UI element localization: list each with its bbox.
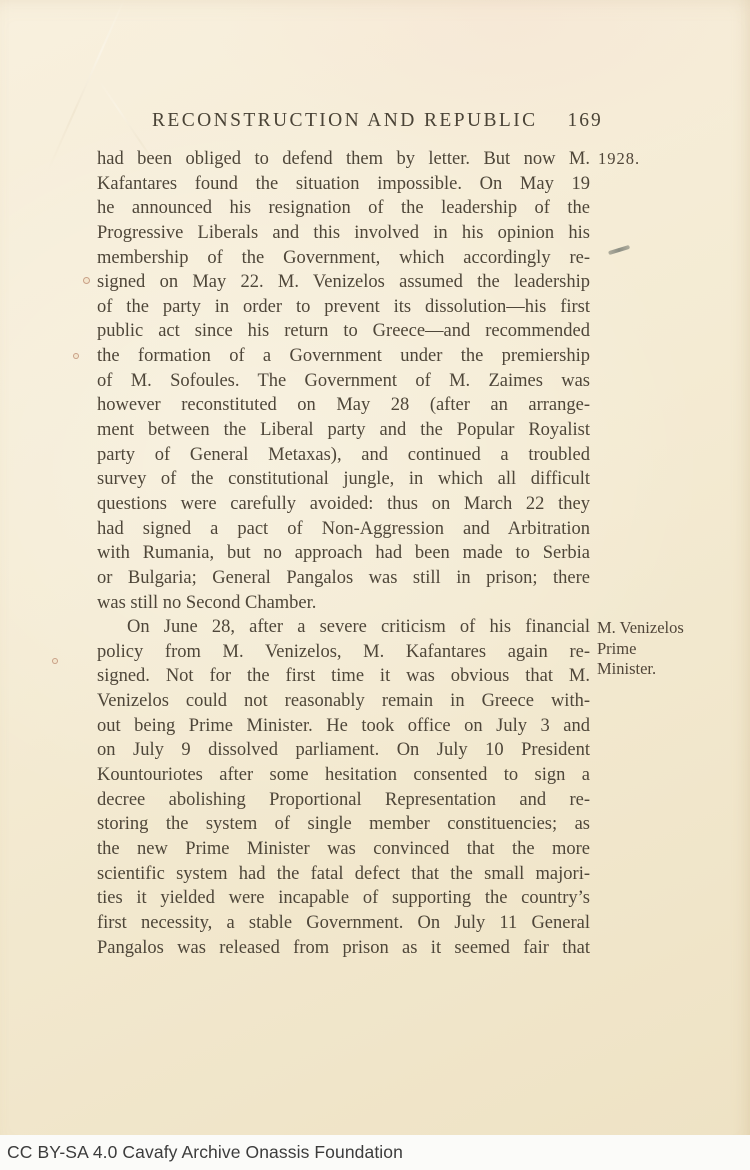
running-header: RECONSTRUCTION AND REPUBLIC 169 — [152, 110, 603, 132]
text-line: on July 9 dissolved parliament. On July … — [97, 738, 590, 763]
text-line: ment between the Liberal party and the P… — [97, 418, 590, 443]
pencil-mark — [608, 245, 630, 255]
license-text: CC BY-SA 4.0 Cavafy Archive Onassis Foun… — [7, 1142, 403, 1163]
page-number: 169 — [568, 110, 603, 132]
text-line: policy from M. Venizelos, M. Kafantares … — [97, 640, 590, 665]
text-line: Pangalos was released from prison as it … — [97, 936, 590, 961]
text-line: however reconstituted on May 28 (after a… — [97, 393, 590, 418]
text-line: of the party in order to prevent its dis… — [97, 295, 590, 320]
margin-note-line: Prime — [597, 639, 745, 660]
text-line: Venizelos could not reasonably remain in… — [97, 689, 590, 714]
text-line: out being Prime Minister. He took office… — [97, 714, 590, 739]
text-line: survey of the constitutional jungle, in … — [97, 467, 590, 492]
paragraph: On June 28, after a severe criticism of … — [97, 615, 590, 960]
text-line: had signed a pact of Non-Aggression and … — [97, 517, 590, 542]
text-line: party of General Metaxas), and continued… — [97, 443, 590, 468]
text-line: of M. Sofoules. The Government of M. Zai… — [97, 369, 590, 394]
text-line: public act since his return to Greece—an… — [97, 319, 590, 344]
text-line: membership of the Government, which acco… — [97, 246, 590, 271]
text-line: he announced his resignation of the lead… — [97, 196, 590, 221]
body-text: had been obliged to defend them by lette… — [97, 147, 590, 960]
margin-note-year: 1928. — [598, 149, 640, 169]
running-title: RECONSTRUCTION AND REPUBLIC — [152, 110, 538, 132]
paragraph: had been obliged to defend them by lette… — [97, 147, 590, 615]
text-line: was still no Second Chamber. — [97, 591, 590, 616]
text-line: first necessity, a stable Government. On… — [97, 911, 590, 936]
text-line: Kountouriotes after some hesitation cons… — [97, 763, 590, 788]
text-line: with Rumania, but no approach had been m… — [97, 541, 590, 566]
text-line: or Bulgaria; General Pangalos was still … — [97, 566, 590, 591]
margin-note-line: M. Venizelos — [597, 618, 745, 639]
margin-note-side: M. Venizelos Prime Minister. — [597, 618, 745, 680]
text-line: scientific system had the fatal defect t… — [97, 862, 590, 887]
margin-note-line: Minister. — [597, 659, 745, 680]
text-line: ties it yielded were incapable of suppor… — [97, 886, 590, 911]
text-line: decree abolishing Proportional Represent… — [97, 788, 590, 813]
text-line: On June 28, after a severe criticism of … — [97, 615, 590, 640]
book-page-scan: RECONSTRUCTION AND REPUBLIC 169 1928. ha… — [0, 0, 750, 1170]
text-line: signed on May 22. M. Venizelos assumed t… — [97, 270, 590, 295]
paper-crease — [47, 0, 126, 170]
paper-speck — [52, 658, 58, 664]
text-line: questions were carefully avoided: thus o… — [97, 492, 590, 517]
text-line: the new Prime Minister was convinced tha… — [97, 837, 590, 862]
paper-speck — [83, 277, 90, 284]
license-bar: CC BY-SA 4.0 Cavafy Archive Onassis Foun… — [0, 1135, 750, 1170]
text-line: the formation of a Government under the … — [97, 344, 590, 369]
text-line: storing the system of single member cons… — [97, 812, 590, 837]
text-line: Kafantares found the situation impossibl… — [97, 172, 590, 197]
paper-speck — [73, 353, 79, 359]
text-line: Progressive Liberals and this involved i… — [97, 221, 590, 246]
text-line: had been obliged to defend them by lette… — [97, 147, 590, 172]
text-line: signed. Not for the first time it was ob… — [97, 664, 590, 689]
